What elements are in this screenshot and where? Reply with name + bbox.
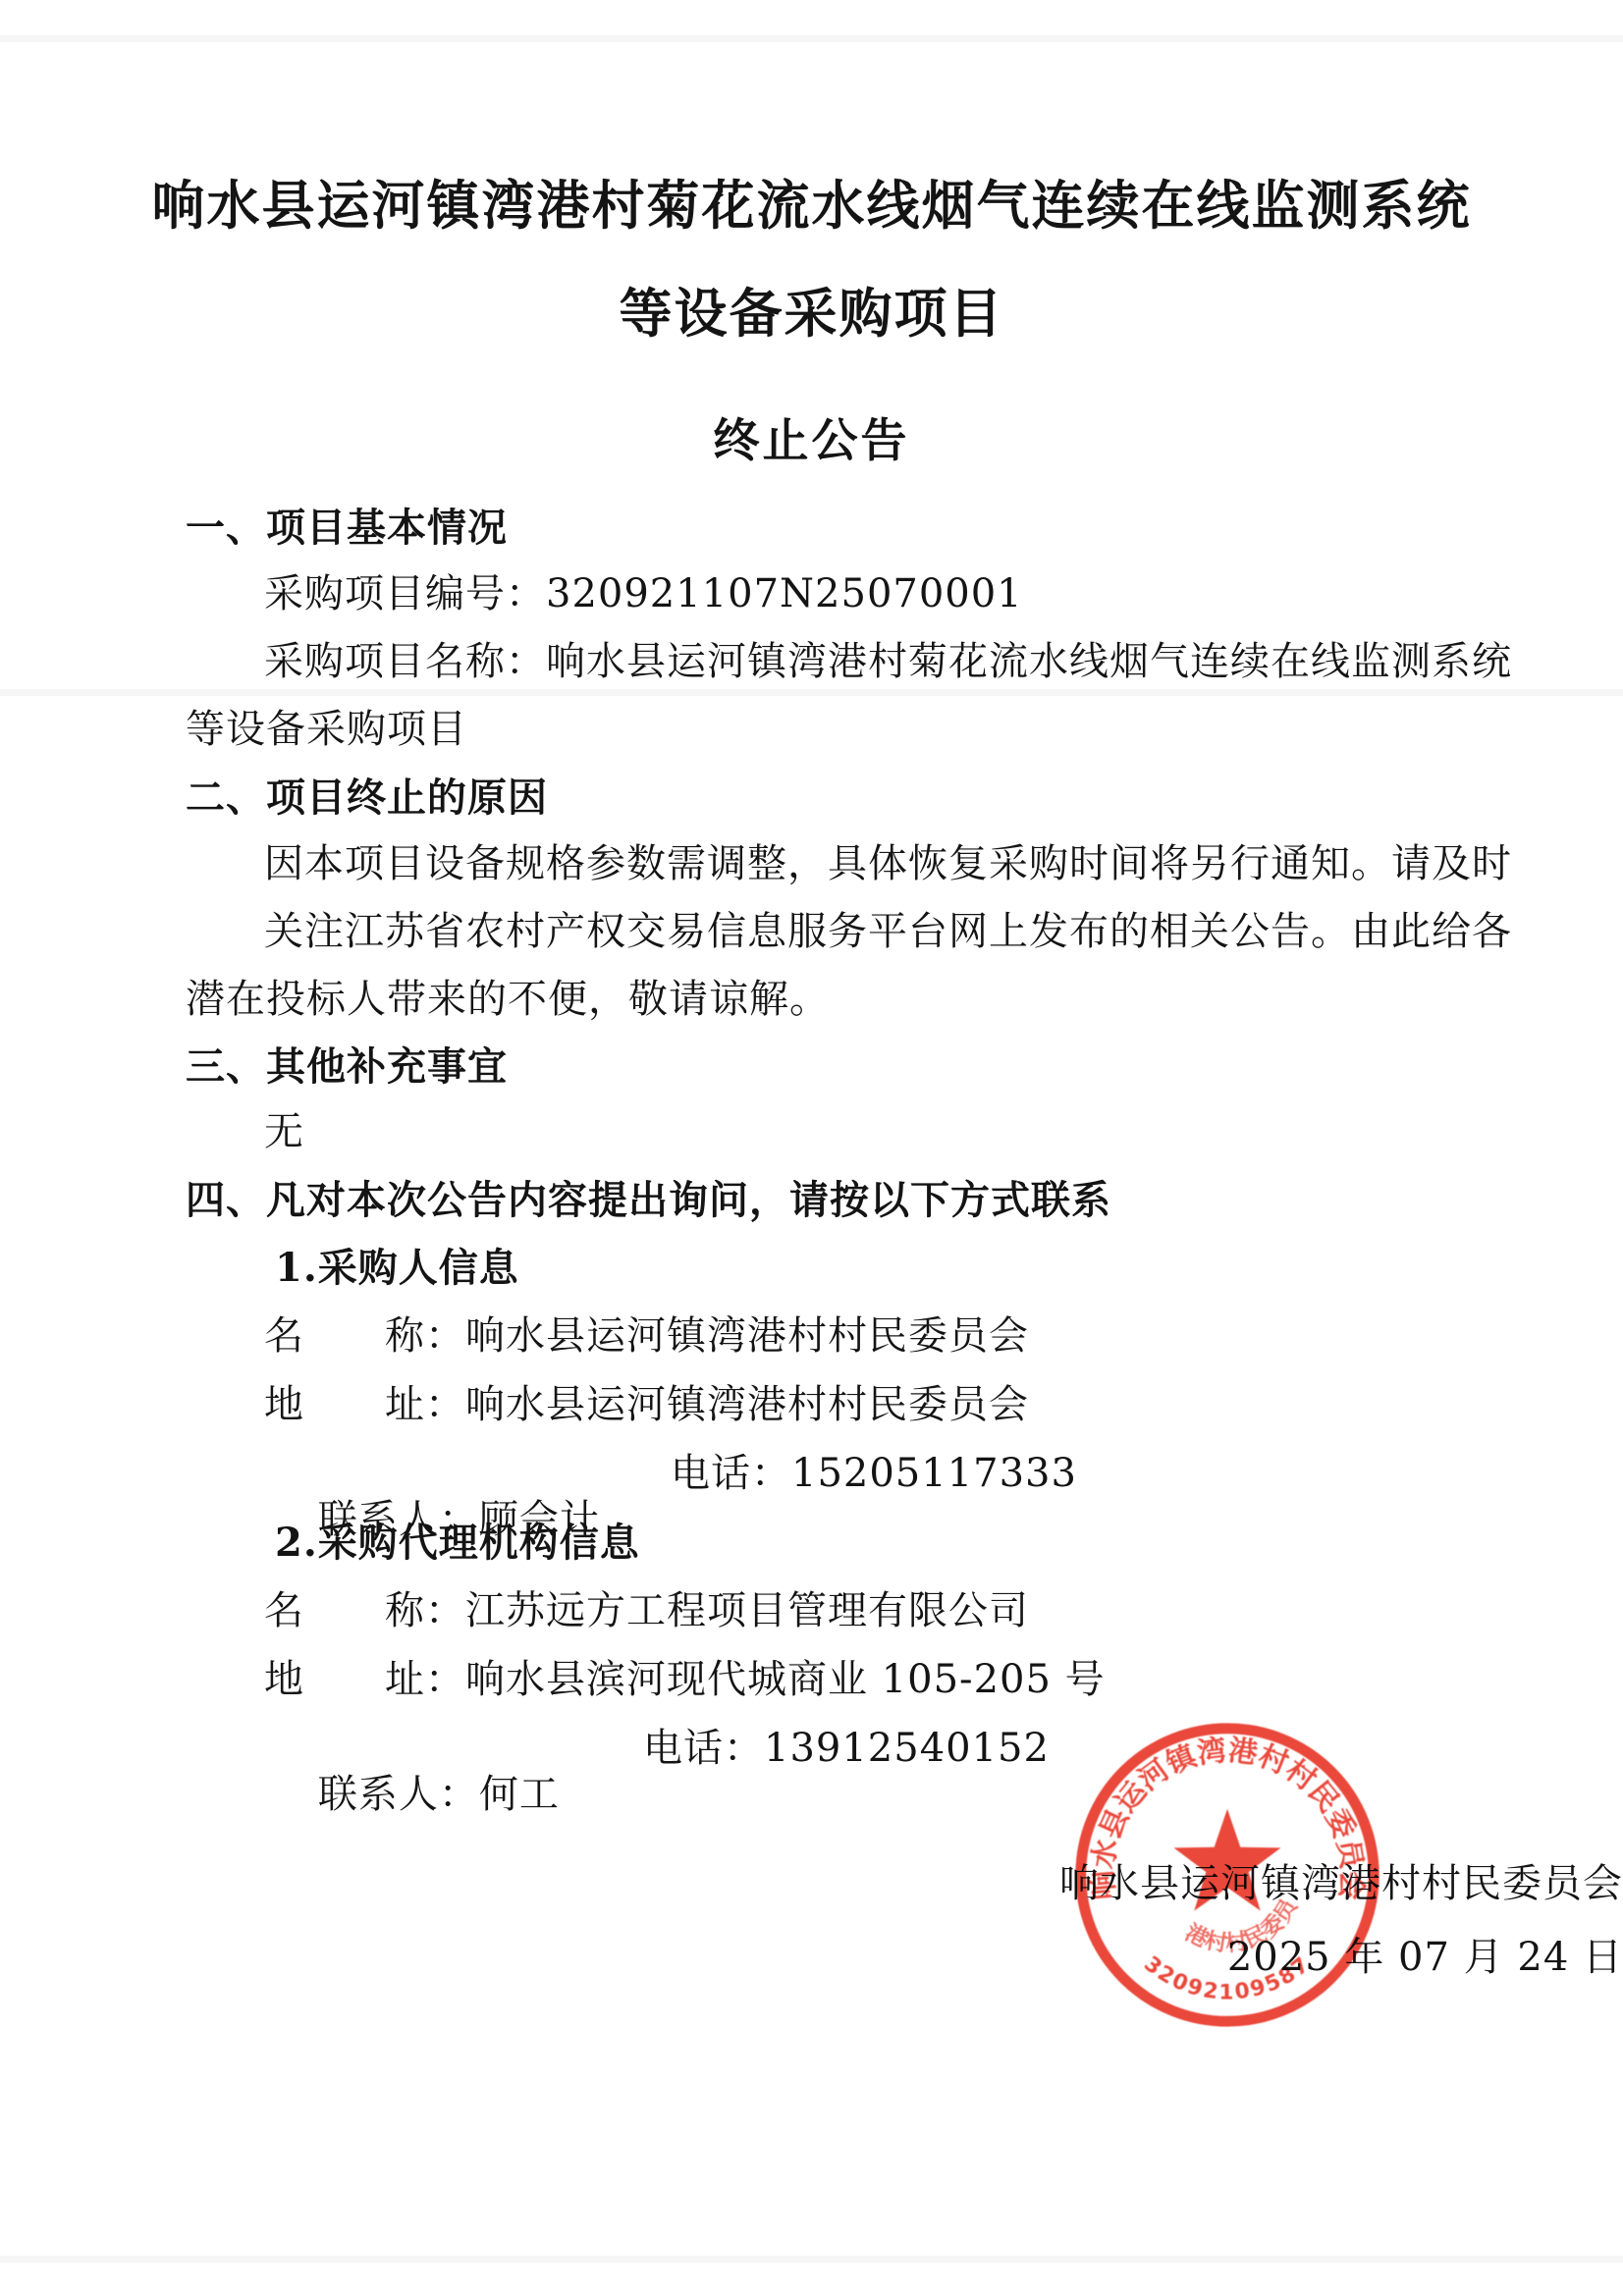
document-subtitle: 终止公告: [0, 414, 1623, 468]
purchaser-phone: 电话：15205117333: [671, 1451, 1077, 1497]
agency-heading: 2.采购代理机构信息: [0, 1520, 1623, 1566]
document-title-line1: 响水县运河镇湾港村菊花流水线烟气连续在线监测系统: [0, 175, 1623, 238]
agency-name-line: 名 称：江苏远方工程项目管理有限公司: [0, 1588, 1623, 1634]
section2-heading: 二、项目终止的原因: [0, 774, 1623, 821]
project-name-line: 采购项目名称：响水县运河镇湾港村菊花流水线烟气连续在线监测系统: [0, 639, 1623, 685]
agency-contact-person: 联系人：何工: [318, 1772, 560, 1817]
agency-phone: 电话：13912540152: [643, 1726, 1050, 1772]
svg-text:32092109587: 32092109587: [1139, 1951, 1315, 2004]
section3-content: 无: [0, 1109, 1623, 1155]
scanned-document-page: 响水县运河镇湾港村菊花流水线烟气连续在线监测系统 等设备采购项目 终止公告 一、…: [0, 0, 1623, 2296]
purchaser-name-line: 名 称：响水县运河镇湾港村村民委员会: [0, 1313, 1623, 1360]
seal-star-icon: [1173, 1809, 1280, 1911]
official-seal-stamp: 响水县运河镇湾港村村民委员会 湾港村村民委员会 32092109587: [1062, 1710, 1392, 2040]
termination-reason-line2: 关注江苏省农村产权交易信息服务平台网上发布的相关公告。由此给各: [0, 909, 1623, 955]
project-name-line-wrap: 等设备采购项目: [0, 707, 1623, 753]
project-number-line: 采购项目编号：320921107N25070001: [0, 571, 1623, 617]
scan-artifact: [0, 689, 1623, 696]
termination-reason-line3: 潜在投标人带来的不便，敬请谅解。: [0, 977, 1623, 1023]
section1-heading: 一、项目基本情况: [0, 505, 1623, 551]
scan-artifact: [0, 35, 1623, 42]
section3-heading: 三、其他补充事宜: [0, 1043, 1623, 1090]
section4-heading: 四、凡对本次公告内容提出询问，请按以下方式联系: [0, 1177, 1623, 1223]
agency-address-line: 地 址：响水县滨河现代城商业 105-205 号: [0, 1657, 1623, 1703]
purchaser-heading: 1.采购人信息: [0, 1245, 1623, 1291]
purchaser-address-line: 地 址：响水县运河镇湾港村村民委员会: [0, 1382, 1623, 1428]
seal-code-number: 32092109587: [1139, 1951, 1315, 2004]
document-title-line2: 等设备采购项目: [0, 283, 1623, 346]
scan-artifact: [0, 2256, 1623, 2263]
termination-reason-line1: 因本项目设备规格参数需调整，具体恢复采购时间将另行通知。请及时: [0, 841, 1623, 887]
